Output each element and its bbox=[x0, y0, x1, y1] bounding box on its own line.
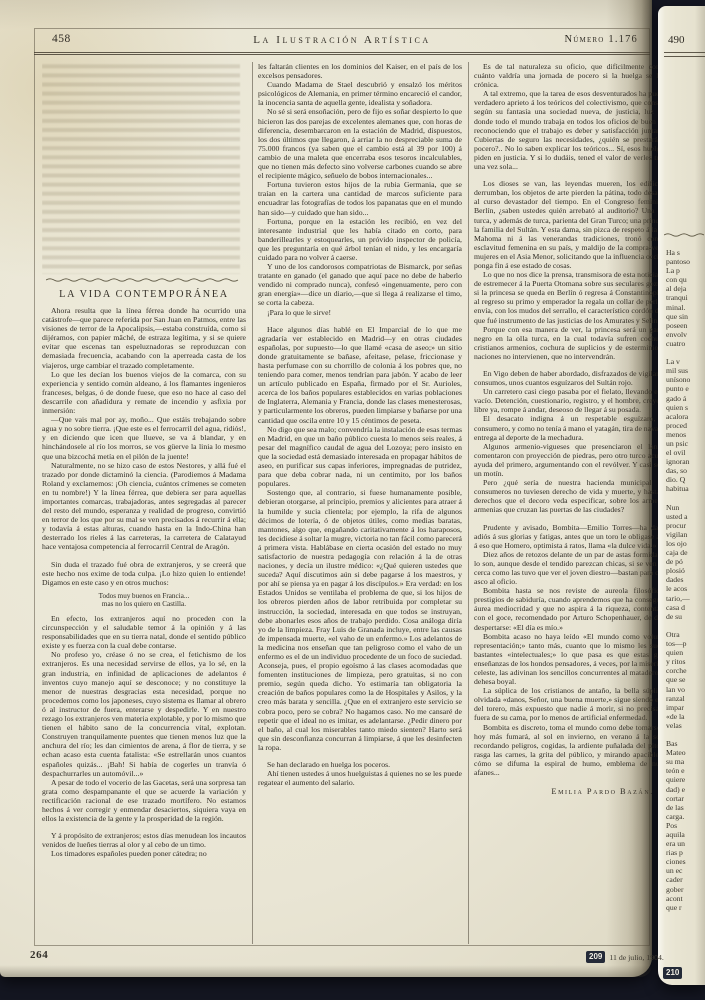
clipped-text-line: ciones bbox=[666, 857, 705, 866]
clipped-text-line: «de la bbox=[666, 712, 705, 721]
clipped-text-line: envolv bbox=[666, 330, 705, 339]
page-number: 458 bbox=[52, 33, 71, 45]
clipped-text-line: Mateo bbox=[666, 748, 705, 757]
clipped-text-line: dio. Q bbox=[666, 475, 705, 484]
clipped-text-line: corche bbox=[666, 666, 705, 675]
author-signature: Emilia Pardo Bazán. bbox=[474, 787, 678, 796]
paragraph: En efecto, los extranjeros aquí no proce… bbox=[42, 614, 246, 650]
clipped-text-line: que sin bbox=[666, 312, 705, 321]
clipped-text-line: con qu bbox=[666, 275, 705, 284]
clipped-text-line: que se bbox=[666, 675, 705, 684]
issue-number: Número 1.176 bbox=[564, 34, 638, 45]
clipped-text-line: ignoran bbox=[666, 457, 705, 466]
paragraph: A tal extremo, que la tarea de esos desv… bbox=[474, 89, 678, 171]
page-footer-right: 209 11 de julio, 1904. bbox=[586, 951, 664, 963]
wavy-divider bbox=[664, 232, 704, 238]
paragraph: Ahora resulta que la línea férrea donde … bbox=[42, 306, 246, 370]
paragraph: Sostengo que, al contrario, si fuese hum… bbox=[258, 488, 462, 752]
paragraph: Porque con esa manera de ver, la princes… bbox=[474, 325, 678, 361]
paragraph: Bombita hasta se nos reviste de aureola … bbox=[474, 586, 678, 631]
clipped-text-line: impar bbox=[666, 703, 705, 712]
clipped-text-line: ranzal bbox=[666, 694, 705, 703]
page-badge: 209 bbox=[586, 951, 605, 963]
clipped-text-line: cader bbox=[666, 875, 705, 884]
clipped-text-line: poseen bbox=[666, 321, 705, 330]
clipped-text-line: punto e bbox=[666, 384, 705, 393]
clipped-text-line: gober bbox=[666, 885, 705, 894]
paragraph: Sin duda el trazado fué obra de extranje… bbox=[42, 560, 246, 587]
clipped-text-line: habitua bbox=[666, 484, 705, 493]
clipped-text-line: de su bbox=[666, 612, 705, 621]
column-right: Es de tal naturaleza su oficio, que difí… bbox=[474, 62, 678, 945]
paragraph: No sé si será ensoñación, pero de fijo e… bbox=[258, 107, 462, 180]
clipped-text-line bbox=[666, 494, 705, 503]
paragraph: Naturalmente, no se hizo caso de estos N… bbox=[42, 461, 246, 552]
paragraph: No digo que sea malo; convendría la inst… bbox=[258, 425, 462, 489]
clipped-text-line: proced bbox=[666, 421, 705, 430]
clipped-text-line: vigilan bbox=[666, 530, 705, 539]
paragraph: El desacato indigna á un respetable esgu… bbox=[474, 414, 678, 441]
column-divider bbox=[468, 62, 469, 944]
clipped-text-line: Otra bbox=[666, 630, 705, 639]
paragraph: Bombita es discreto, toma el mundo como … bbox=[474, 723, 678, 778]
clipped-text-line: minal. bbox=[666, 303, 705, 312]
clipped-text-line: quien s bbox=[666, 403, 705, 412]
clipped-text-line: dades bbox=[666, 575, 705, 584]
paragraph: —Que vais mal por ay, moño... Que estáis… bbox=[42, 415, 246, 460]
verse-quote: Todos muy buenos en Francia... mas no lo… bbox=[42, 592, 246, 609]
paragraph: Es de tal naturaleza su oficio, que difí… bbox=[474, 62, 678, 89]
clipped-column-text: Ha spantosoLa pcon qual dejatranquiminal… bbox=[666, 248, 705, 912]
clipped-text-line: rias p bbox=[666, 848, 705, 857]
clipped-text-line: su ma bbox=[666, 757, 705, 766]
clipped-text-line: aquila bbox=[666, 830, 705, 839]
paragraph: Y á propósito de extranjeros; estos días… bbox=[42, 831, 246, 849]
clipped-text-line: quiere bbox=[666, 775, 705, 784]
clipped-text-line: Pos bbox=[666, 821, 705, 830]
clipped-text-line: plosió bbox=[666, 566, 705, 575]
clipped-text-line: un psic bbox=[666, 439, 705, 448]
column-left: LA VIDA CONTEMPORÁNEA Ahora resulta que … bbox=[42, 62, 246, 945]
header-double-rule bbox=[664, 52, 705, 57]
clipped-text-line: de las bbox=[666, 803, 705, 812]
clipped-text-line: el ovil bbox=[666, 448, 705, 457]
paragraph: les faltarán clientes en los dominios de… bbox=[258, 62, 462, 80]
article-text-left: Ahora resulta que la línea férrea donde … bbox=[42, 306, 246, 858]
clipped-text-line: dad) e bbox=[666, 785, 705, 794]
clipped-text-line: caja de bbox=[666, 548, 705, 557]
clipped-text-line: le acos bbox=[666, 584, 705, 593]
paragraph: Se han declarado en huelga los poceros. bbox=[258, 760, 462, 769]
clipped-text-line: al deja bbox=[666, 284, 705, 293]
paragraph: En Vigo deben de haber abordado, disfraz… bbox=[474, 369, 678, 387]
paragraph: Prudente y avisado, Bombita—Emilio Torre… bbox=[474, 523, 678, 550]
clipped-text-line: unísono bbox=[666, 375, 705, 384]
paragraph: Diez años de retozos delante de un par d… bbox=[474, 550, 678, 586]
paragraph: Cuando Madama de Stael descubrió y ensal… bbox=[258, 80, 462, 107]
clipped-text-line: tranqui bbox=[666, 293, 705, 302]
clipped-text-line bbox=[666, 621, 705, 630]
paragraph: Los dioses se van, las leyendas mueren, … bbox=[474, 179, 678, 270]
article-title: LA VIDA CONTEMPORÁNEA bbox=[42, 289, 246, 300]
clipped-text-line: teón e bbox=[666, 766, 705, 775]
magazine-page: 458 La Ilustración Artística Número 1.17… bbox=[0, 0, 652, 977]
clipped-text-line: velas bbox=[666, 721, 705, 730]
clipped-text-line: Bas bbox=[666, 739, 705, 748]
clipped-text-line: Ha s bbox=[666, 248, 705, 257]
clipped-text-line: los ojo bbox=[666, 539, 705, 548]
clipped-text-line: das, so bbox=[666, 466, 705, 475]
clipped-text-line: quien bbox=[666, 648, 705, 657]
column-middle: les faltarán clientes en los dominios de… bbox=[258, 62, 462, 945]
publication-title: La Ilustración Artística bbox=[253, 34, 431, 46]
paragraph: La súplica de los cristianos de antaño, … bbox=[474, 686, 678, 722]
clipped-text-line: carga. bbox=[666, 812, 705, 821]
clipped-text-line: cuatro bbox=[666, 339, 705, 348]
wavy-divider bbox=[46, 277, 242, 283]
clipped-text-line: acalora bbox=[666, 412, 705, 421]
paragraph: Algunos armenio-vigueses que presenciaro… bbox=[474, 442, 678, 478]
clipped-text-line: casa d bbox=[666, 603, 705, 612]
clipped-text-line: era un bbox=[666, 839, 705, 848]
clipped-text-line: que r bbox=[666, 903, 705, 912]
column-divider bbox=[252, 62, 253, 944]
page-bottom-shadow bbox=[0, 965, 652, 977]
clipped-text-line: procur bbox=[666, 521, 705, 530]
clipped-text-line: cortar bbox=[666, 794, 705, 803]
article-text-right: Es de tal naturaleza su oficio, que difí… bbox=[474, 62, 678, 796]
clipped-text-line: pantoso bbox=[666, 257, 705, 266]
clipped-text-line: un ec bbox=[666, 866, 705, 875]
paragraph: Fortuna, porque en la estación les recib… bbox=[258, 217, 462, 262]
clipped-text-line: acont bbox=[666, 894, 705, 903]
clipped-text-line: Nun bbox=[666, 503, 705, 512]
paragraph: Ahí tienen ustedes á unos huelguistas á … bbox=[258, 769, 462, 787]
book-scan: 458 La Ilustración Artística Número 1.17… bbox=[0, 0, 705, 1000]
article-text-middle: les faltarán clientes en los dominios de… bbox=[258, 62, 462, 787]
page-header: 458 La Ilustración Artística Número 1.17… bbox=[36, 33, 648, 49]
paragraph: Y uno de los candorosos compatriotas de … bbox=[258, 262, 462, 307]
clipped-text-line: de pó bbox=[666, 557, 705, 566]
issue-date: 11 de julio, 1904. bbox=[609, 953, 664, 962]
clipped-text-line: La p bbox=[666, 266, 705, 275]
page-badge: 210 bbox=[663, 967, 682, 979]
clipped-text-line: gado á bbox=[666, 394, 705, 403]
paragraph: A pesar de todo el vocerio de las Gaceta… bbox=[42, 778, 246, 823]
clipped-text-line: y ritos bbox=[666, 657, 705, 666]
clipped-text-line bbox=[666, 348, 705, 357]
paragraph: Un carretero casi ciego pasaba por el fi… bbox=[474, 387, 678, 414]
paragraph: Los timadores españoles pueden poner cát… bbox=[42, 849, 246, 858]
paragraph: No profeso yo, créase ó no se crea, el f… bbox=[42, 650, 246, 777]
folio-number: 264 bbox=[30, 949, 48, 961]
clipped-text-line: lan vo bbox=[666, 685, 705, 694]
header-double-rule bbox=[34, 52, 650, 55]
next-page-edge: 490 Ha spantosoLa pcon qual dejatranquim… bbox=[658, 6, 705, 985]
clipped-text-line: tos—p bbox=[666, 639, 705, 648]
paragraph: Fortuna tuvieron estos hijos de la rubia… bbox=[258, 180, 462, 216]
clipped-text-line bbox=[666, 730, 705, 739]
paragraph: Bombita acaso no haya leído «El mundo co… bbox=[474, 632, 678, 687]
clipped-text-line: mil sus bbox=[666, 366, 705, 375]
paragraph: ¡Para lo que le sirve! bbox=[258, 308, 462, 317]
paragraph: Lo que no nos dice la prensa, transmisor… bbox=[474, 270, 678, 325]
clipped-text-line: menos bbox=[666, 430, 705, 439]
ink-bleedthrough bbox=[42, 62, 240, 274]
clipped-text-line: usted a bbox=[666, 512, 705, 521]
paragraph: Hace algunos días hablé en El Imparcial … bbox=[258, 325, 462, 425]
clipped-text-line: La v bbox=[666, 357, 705, 366]
paragraph: Pero ¿qué sería de nuestra hacienda muni… bbox=[474, 478, 678, 514]
next-page-number: 490 bbox=[668, 34, 685, 46]
clipped-text-line: tario,— bbox=[666, 594, 705, 603]
paragraph: Lo que les decían los buenos viejos de l… bbox=[42, 370, 246, 415]
